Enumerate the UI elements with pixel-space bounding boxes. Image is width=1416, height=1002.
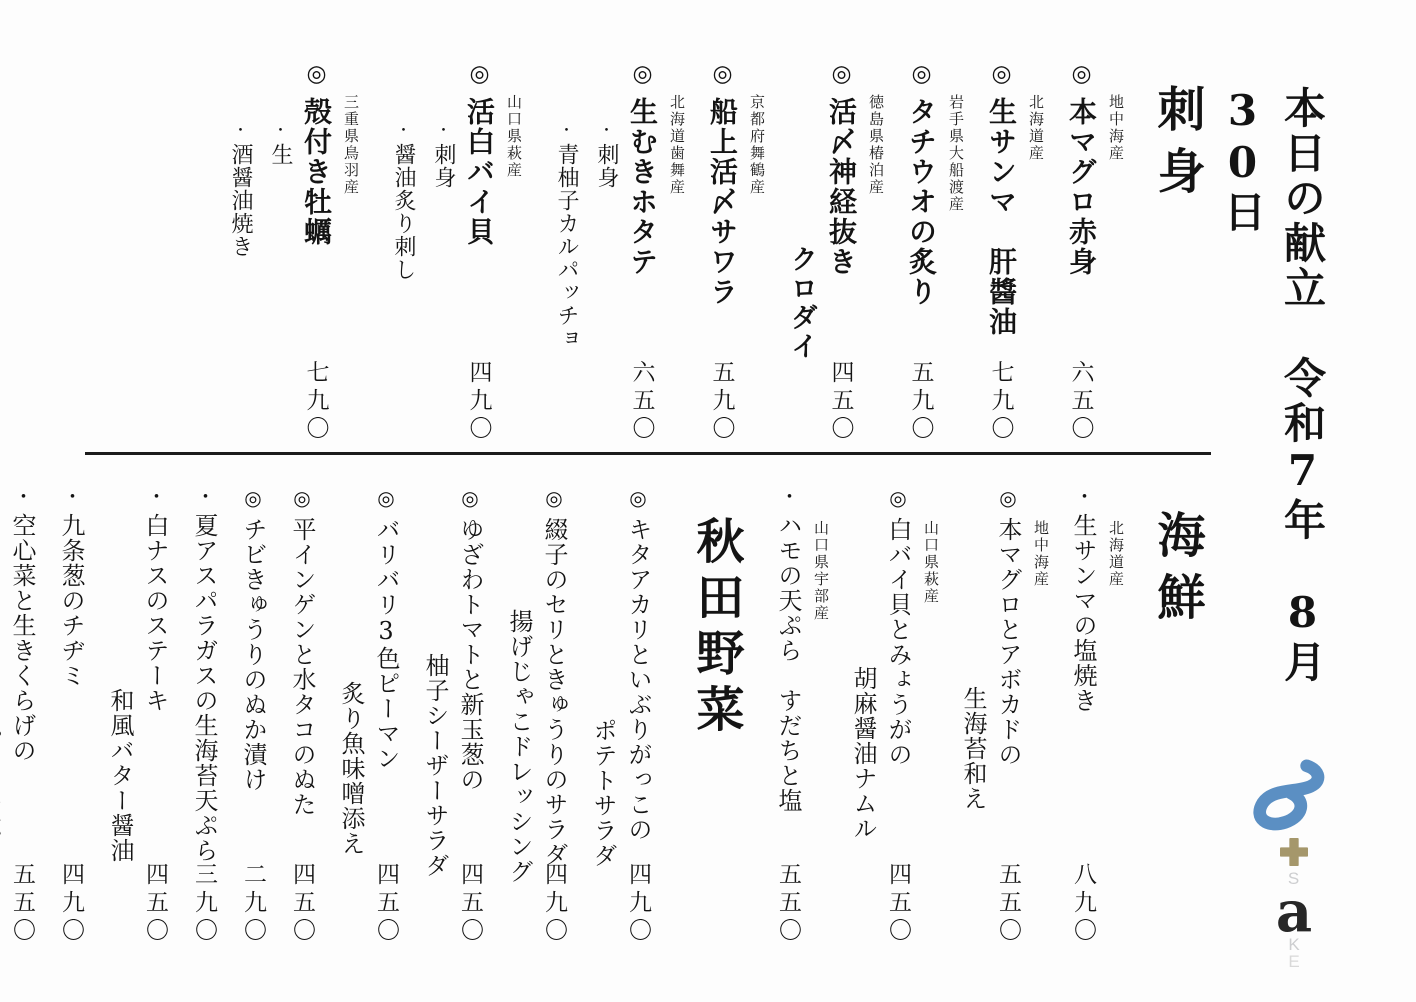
restaurant-logo: S a K E [1242, 758, 1346, 970]
item-name: チビきゅうりのぬか漬け [239, 517, 267, 792]
bullet-icon: ・ [231, 122, 249, 143]
menu-item: ◎キタアカリといぶりがっこの 四九〇 ポテトサラダ [586, 486, 656, 964]
takeout-marker-icon: ◎ [241, 486, 265, 517]
item-name-column: ◎生サンマ 肝醬油 七九〇 [981, 60, 1021, 458]
item-price: 七九〇 [985, 360, 1018, 444]
item-subname: ポテトサラダ [586, 718, 621, 964]
item-subname: クロダイ [782, 245, 821, 458]
logo-mark-icon [1250, 758, 1338, 834]
logo-letter-e: E [1288, 953, 1299, 970]
bullet-icon: ・ [59, 486, 83, 513]
item-name-column: ◎本マグロ赤身 六五〇 [1061, 60, 1101, 458]
section-divider [85, 452, 1211, 455]
bullet-icon: ・ [597, 122, 615, 143]
menu-item: 山口県萩産 ◎活白バイ貝 四九〇 ・刺身 ・醤油炙り刺し [388, 60, 525, 458]
item-price: 五九〇 [706, 360, 739, 444]
menu-item: ◎平インゲンと水タコのぬた 四五〇 [285, 486, 320, 964]
item-source: 京都府舞鶴産 [747, 94, 768, 458]
item-option: ・刺身 [428, 122, 459, 458]
bullet-icon: ・ [394, 122, 412, 143]
item-source: 北海道産 [1026, 94, 1047, 458]
menu-item: ◎バリバリ3色ピーマン 四五〇 炙り魚味噌添え [334, 486, 404, 964]
menu-item: 北海道歯舞産 ◎生むきホタテ 六五〇 ・刺身 ・青柚子カルパッチョ [551, 60, 688, 458]
item-source: 北海道歯舞産 [667, 94, 688, 458]
item-price: 四九〇 [463, 360, 496, 444]
item-price: 五五〇 [6, 862, 39, 946]
item-name: 白ナスのステーキ [141, 513, 169, 713]
section-kaisen: 海鮮 北海道産 ・生サンマの塩焼き 八九〇 地中海産 ◎本マグロとアボカドの 五… [0, 486, 1240, 964]
item-price: 五九〇 [905, 360, 938, 444]
section-header-kaisen: 海鮮 [1143, 510, 1212, 964]
bullet-icon: ・ [10, 486, 34, 513]
item-name-column: ◎平インゲンと水タコのぬた 四五〇 [285, 486, 320, 964]
item-subname: 生海苔和え [956, 686, 991, 964]
item-option: ・刺身 [591, 122, 622, 458]
bullet-icon: ・ [143, 486, 167, 513]
item-source: 三重県鳥羽産 [341, 94, 362, 458]
menu-item: 北海道産 ◎生サンマ 肝醬油 七九〇 [981, 60, 1047, 458]
menu-item: ・空心菜と生きくらげの 五五〇 じゃこ山椒炒め [0, 486, 40, 964]
item-subname: 胡麻醤油ナムル [846, 666, 881, 964]
item-name: キタアカリといぶりがっこの [624, 517, 652, 842]
takeout-marker-icon: ◎ [886, 486, 910, 517]
item-price: 四五〇 [286, 862, 319, 946]
option-label: 醤油炙り刺し [391, 143, 416, 281]
logo-letter-k: K [1288, 936, 1299, 953]
item-name-column: ◎ゆざわトマトと新玉葱の 四五〇 [453, 486, 488, 964]
takeout-marker-icon: ◎ [458, 486, 482, 517]
logo-letters: S a K E [1276, 870, 1312, 970]
item-name: ゆざわトマトと新玉葱の [456, 517, 484, 792]
item-price: 八九〇 [1067, 862, 1100, 946]
item-source: 徳島県椿泊産 [866, 94, 887, 458]
item-name: バリバリ3色ピーマン [372, 517, 400, 771]
menu-item: 京都府舞鶴産 ◎船上活〆サワラ 五九〇 [702, 60, 768, 458]
item-name-column: ◎綴子のセリときゅうりのサラダ 四九〇 [537, 486, 572, 964]
menu-item: ◎ゆざわトマトと新玉葱の 四五〇 柚子シーザーサラダ [418, 486, 488, 964]
item-name-column: ◎キタアカリといぶりがっこの 四九〇 [621, 486, 656, 964]
item-source: 岩手県大船渡産 [946, 94, 967, 458]
item-name: 生サンマの塩焼き [1069, 513, 1097, 713]
item-name-column: ◎白バイ貝とみょうがの 四五〇 [881, 486, 916, 964]
item-source: 山口県萩産 [921, 520, 942, 964]
item-name: 活〆神経抜き [825, 97, 858, 277]
item-name: 空心菜と生きくらげの [8, 513, 36, 763]
item-name: ハモの天ぷら すだちと塩 [774, 513, 802, 813]
item-name: 本マグロ赤身 [1065, 97, 1098, 277]
item-name-column: ・ハモの天ぷら すだちと塩 五五〇 [771, 486, 806, 964]
takeout-marker-icon: ◎ [709, 60, 736, 97]
item-name-column: ◎殻付き牡蠣 七九〇 [296, 60, 336, 458]
item-source: 山口県萩産 [504, 94, 525, 458]
takeout-marker-icon: ◎ [466, 60, 493, 97]
item-name: 活白バイ貝 [463, 97, 496, 247]
item-price: 四五〇 [825, 360, 858, 444]
section-header-sashimi: 刺身 [1143, 84, 1212, 458]
item-price: 四九〇 [622, 862, 655, 946]
item-name-column: ◎タチウオの炙り 五九〇 [901, 60, 941, 458]
section-sashimi: 刺身 地中海産 ◎本マグロ赤身 六五〇 北海道産 ◎生サンマ 肝醬油 七九〇 岩… [211, 60, 1240, 458]
option-label: 青柚子カルパッチョ [554, 143, 579, 350]
item-name: 白バイ貝とみょうがの [884, 517, 912, 767]
item-name: 船上活〆サワラ [706, 97, 739, 307]
item-name: 綴子のセリときゅうりのサラダ [540, 517, 568, 867]
item-name: 本マグロとアボカドの [994, 517, 1022, 767]
item-name-column: ◎活〆神経抜き 四五〇 [821, 60, 861, 458]
item-name-column: ◎生むきホタテ 六五〇 [622, 60, 662, 458]
option-label: 刺身 [594, 143, 619, 189]
item-name-column: ◎活白バイ貝 四九〇 [459, 60, 499, 458]
item-name: 九条葱のチヂミ [57, 513, 85, 688]
item-subname: 柚子シーザーサラダ [418, 653, 453, 964]
item-option: ・醤油炙り刺し [388, 122, 419, 458]
item-name-column: ・九条葱のチヂミ 四九〇 [54, 486, 89, 964]
item-name-column: ◎チビきゅうりのぬか漬け 二九〇 [236, 486, 271, 964]
item-subname: 揚げじゃこドレッシング [502, 609, 537, 964]
takeout-marker-icon: ◎ [988, 60, 1015, 97]
item-name-column: ・空心菜と生きくらげの 五五〇 [5, 486, 40, 964]
item-name: 夏アスパラガスの生海苔天ぷら [190, 513, 218, 863]
bullet-icon: ・ [434, 122, 452, 143]
item-option: ・生 [265, 122, 296, 458]
menu-item: 山口県萩産 ◎白バイ貝とみょうがの 四五〇 胡麻醤油ナムル [846, 486, 942, 964]
takeout-marker-icon: ◎ [542, 486, 566, 517]
item-price: 四五〇 [454, 862, 487, 946]
item-source: 地中海産 [1031, 520, 1052, 964]
takeout-marker-icon: ◎ [626, 486, 650, 517]
item-name: 平インゲンと水タコのぬた [288, 517, 316, 817]
bullet-icon: ・ [557, 122, 575, 143]
bullet-icon: ・ [1071, 486, 1095, 513]
menu-item: 三重県鳥羽産 ◎殻付き牡蠣 七九〇 ・生 ・酒醤油焼き [225, 60, 362, 458]
item-price: 六五〇 [626, 360, 659, 444]
item-source: 地中海産 [1106, 94, 1127, 458]
item-price: 三九〇 [188, 862, 221, 946]
menu-item: 地中海産 ◎本マグロ赤身 六五〇 [1061, 60, 1127, 458]
item-name: タチウオの炙り [905, 97, 938, 307]
takeout-marker-icon: ◎ [374, 486, 398, 517]
menu-item: ◎綴子のセリときゅうりのサラダ 四九〇 揚げじゃこドレッシング [502, 486, 572, 964]
item-name: 生むきホタテ [626, 97, 659, 277]
item-price: 五五〇 [772, 862, 805, 946]
menu-item: 北海道産 ・生サンマの塩焼き 八九〇 [1066, 486, 1127, 964]
option-label: 刺身 [431, 143, 456, 189]
menu-page: 本日の献立 令和7年 8月30日 刺身 地中海産 ◎本マグロ赤身 六五〇 北海道… [0, 0, 1416, 1002]
takeout-marker-icon: ◎ [629, 60, 656, 97]
menu-item: 山口県宇部産 ・ハモの天ぷら すだちと塩 五五〇 [771, 486, 832, 964]
section-header-akita: 秋田野菜 [682, 516, 751, 964]
item-price: 四五〇 [370, 862, 403, 946]
item-price: 四九〇 [538, 862, 571, 946]
bullet-icon: ・ [776, 486, 800, 513]
menu-item: ◎チビきゅうりのぬか漬け 二九〇 [236, 486, 271, 964]
bullet-icon: ・ [271, 122, 289, 143]
menu-item: 徳島県椿泊産 ◎活〆神経抜き 四五〇 クロダイ [782, 60, 887, 458]
item-price: 四五〇 [882, 862, 915, 946]
item-name-column: ◎バリバリ3色ピーマン 四五〇 [369, 486, 404, 964]
menu-item: ・白ナスのステーキ 四五〇 和風バター醤油 [103, 486, 173, 964]
item-price: 五五〇 [992, 862, 1025, 946]
takeout-marker-icon: ◎ [1068, 60, 1095, 97]
item-name-column: ◎本マグロとアボカドの 五五〇 [991, 486, 1026, 964]
option-label: 酒醤油焼き [228, 143, 253, 258]
menu-item: ・夏アスパラガスの生海苔天ぷら 三九〇 [187, 486, 222, 964]
takeout-marker-icon: ◎ [996, 486, 1020, 517]
item-price: 七九〇 [300, 360, 333, 444]
item-price: 二九〇 [237, 862, 270, 946]
logo-cross-icon [1280, 838, 1308, 866]
item-name-column: ◎船上活〆サワラ 五九〇 [702, 60, 742, 458]
takeout-marker-icon: ◎ [290, 486, 314, 517]
takeout-marker-icon: ◎ [303, 60, 330, 97]
item-source: 山口県宇部産 [811, 520, 832, 964]
item-price: 四五〇 [139, 862, 172, 946]
item-name-column: ・白ナスのステーキ 四五〇 [138, 486, 173, 964]
item-name-column: ・生サンマの塩焼き 八九〇 [1066, 486, 1101, 964]
menu-item: ・九条葱のチヂミ 四九〇 [54, 486, 89, 964]
item-name: 殻付き牡蠣 [300, 97, 333, 247]
item-name: 生サンマ 肝醬油 [985, 97, 1018, 337]
takeout-marker-icon: ◎ [908, 60, 935, 97]
takeout-marker-icon: ◎ [828, 60, 855, 97]
bullet-icon: ・ [192, 486, 216, 513]
item-price: 六五〇 [1065, 360, 1098, 444]
item-option: ・酒醤油焼き [225, 122, 256, 458]
option-label: 生 [268, 143, 293, 166]
menu-item: 地中海産 ◎本マグロとアボカドの 五五〇 生海苔和え [956, 486, 1052, 964]
item-subname: 和風バター醤油 [103, 688, 138, 964]
item-subname: 炙り魚味噌添え [334, 681, 369, 964]
menu-item: 岩手県大船渡産 ◎タチウオの炙り 五九〇 [901, 60, 967, 458]
item-name-column: ・夏アスパラガスの生海苔天ぷら 三九〇 [187, 486, 222, 964]
item-price: 四九〇 [55, 862, 88, 946]
item-source: 北海道産 [1106, 520, 1127, 964]
logo-letter-a: a [1276, 884, 1312, 940]
item-option: ・青柚子カルパッチョ [551, 122, 582, 458]
